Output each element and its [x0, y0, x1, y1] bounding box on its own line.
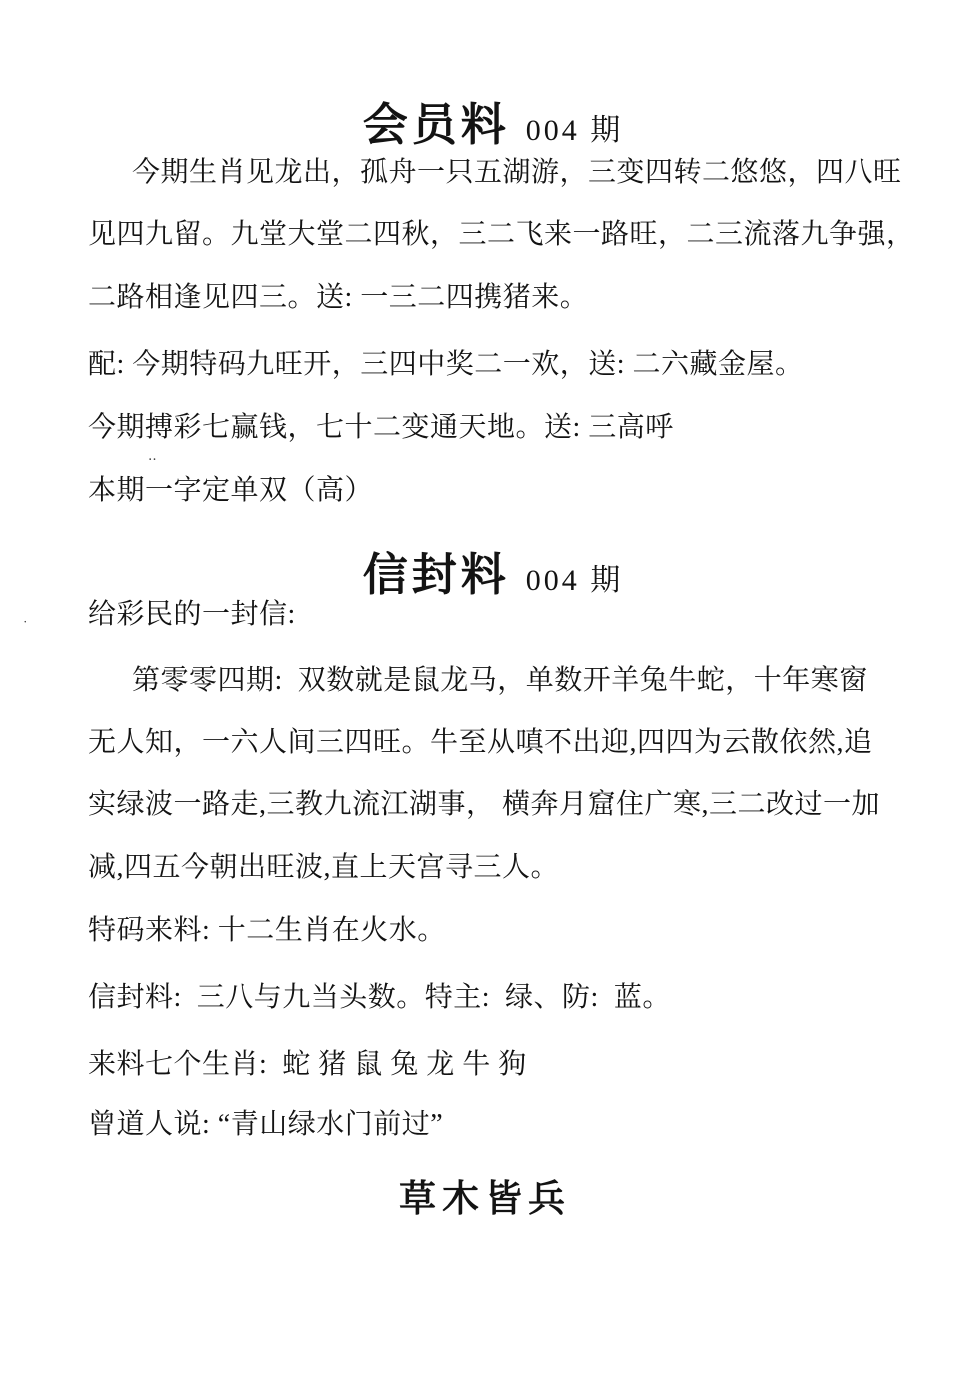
envelope-title-text: 信封料 [363, 550, 510, 600]
member-pei-line: 配: 今期特码九旺开，三四中奖二一欢，送: 二六藏金屋。 [88, 348, 888, 382]
envelope-tema-line: 特码来料: 十二生肖在火水。 [88, 914, 888, 948]
footer-phrase: 草木皆兵 [0, 1168, 970, 1222]
member-paragraph-line-3: 二路相逢见四三。送: 一三二四携猪来。 [88, 281, 888, 315]
envelope-intro-line: 给彩民的一封信: [88, 598, 888, 632]
scanned-document-page: 会员料004 期 今期生肖见龙出，孤舟一只五湖游，三变四转二悠悠，四八旺 见四九… [0, 0, 970, 1388]
envelope-title-issue: 004 期 [526, 564, 624, 597]
envelope-zengdao-line: 曾道人说: “青山绿水门前过” [88, 1108, 888, 1142]
envelope-paragraph-line-1: 第零零四期: 双数就是鼠龙马，单数开羊兔牛蛇，十年寒窗 [88, 664, 932, 698]
member-title-issue: 004 期 [526, 114, 624, 147]
envelope-paragraph-line-2: 无人知，一六人间三四旺。牛至从嗔不出迎,四四为云散依然,追 [88, 726, 888, 760]
envelope-paragraph-line-4: 减,四五今朝出旺波,直上天宫寻三人。 [88, 851, 888, 885]
envelope-shengxiao-line: 来料七个生肖: 蛇 猪 鼠 兔 龙 牛 狗 [88, 1048, 888, 1082]
member-paragraph-line-1: 今期生肖见龙出，孤舟一只五湖游，三变四转二悠悠，四八旺 [88, 156, 932, 190]
scan-artifact-dots: ‥ [148, 448, 159, 464]
member-paragraph-line-2: 见四九留。九堂大堂二四秋，三二飞来一路旺，二三流落九争强， [88, 218, 888, 252]
envelope-xinfeng-line: 信封料: 三八与九当头数。特主: 绿、防: 蓝。 [88, 981, 888, 1015]
member-title-text: 会员料 [363, 100, 510, 150]
member-danshuang-line: 本期一字定单双（高） [88, 474, 888, 508]
member-bocai-line: 今期搏彩七赢钱，七十二变通天地。送: 三高呼 [88, 411, 888, 445]
envelope-paragraph-line-3: 实绿波一路走,三教九流江湖事， 横奔月窟住广寒,三二改过一加 [88, 788, 888, 822]
